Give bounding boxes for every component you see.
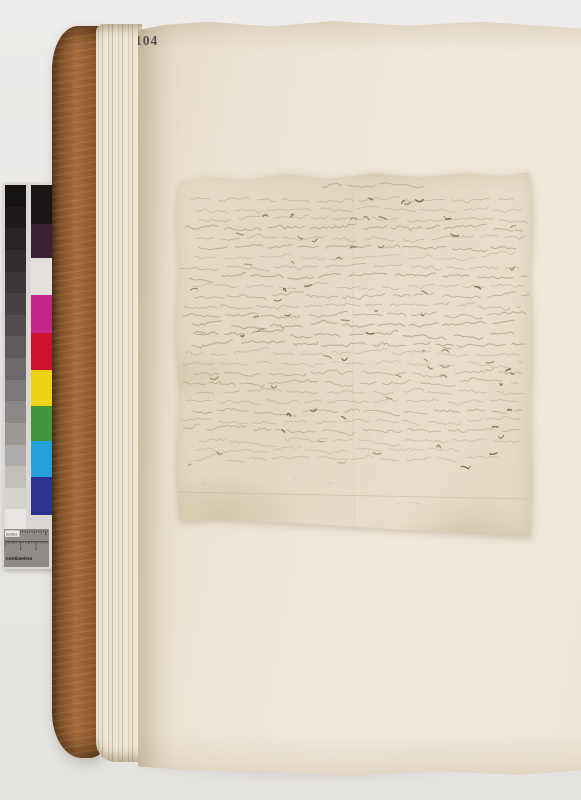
handwriting-stroke <box>364 217 369 220</box>
grayscale-strip <box>5 185 26 531</box>
color-patch-dark-maroon <box>31 224 52 258</box>
color-patch-magenta <box>31 295 52 333</box>
handwriting-stroke <box>263 215 267 216</box>
handwriting-stroke <box>421 313 424 315</box>
handwriting-stroke <box>183 378 518 387</box>
handwriting-stroke <box>341 320 349 321</box>
grayscale-step <box>5 293 26 315</box>
handwriting-stroke <box>199 438 519 447</box>
handwriting-stroke <box>298 236 302 238</box>
handwriting-stroke <box>217 452 222 454</box>
handwriting-stroke <box>282 430 285 432</box>
handwriting-stroke <box>237 233 244 235</box>
handwriting-stroke <box>416 200 424 202</box>
handwriting-stroke <box>196 446 460 453</box>
handwriting-stroke <box>510 226 516 228</box>
handwriting-stroke <box>193 320 515 329</box>
handwriting-stroke <box>402 201 405 204</box>
handwriting-stroke <box>444 217 450 219</box>
grayscale-step <box>5 272 26 294</box>
handwriting-stroke <box>369 198 372 200</box>
handwriting-stroke <box>211 377 219 380</box>
handwriting-stroke <box>187 399 518 406</box>
handwriting-stroke <box>442 350 448 352</box>
grayscale-step <box>5 207 26 229</box>
handwriting-stroke <box>190 197 514 203</box>
handwriting-stroke <box>274 300 281 301</box>
handwriting-stroke <box>195 206 522 213</box>
handwriting-stroke <box>385 397 392 399</box>
handwriting-stroke <box>443 347 451 348</box>
handwriting-stroke <box>285 485 288 486</box>
handwriting-stroke <box>396 375 401 377</box>
color-patch-yellow <box>31 370 52 406</box>
handwriting-stroke <box>180 263 519 271</box>
handwriting-stroke <box>475 287 480 289</box>
handwriting-stroke <box>190 288 197 290</box>
grayscale-step <box>5 466 26 488</box>
handwriting-stroke <box>193 408 522 416</box>
handwriting-stroke <box>254 316 259 317</box>
handwriting-stroke <box>194 329 514 340</box>
handwriting-stroke <box>405 203 411 205</box>
handwriting-stroke <box>490 453 497 454</box>
grayscale-step <box>5 336 26 358</box>
ruler-scale: Inches 1 1 2 Centimetres <box>4 529 49 567</box>
ruler-inches-label: Inches <box>6 531 18 536</box>
manuscript-document <box>172 170 534 542</box>
handwriting-stroke <box>378 246 384 248</box>
grayscale-step <box>5 488 26 510</box>
handwriting-stroke <box>183 361 524 368</box>
handwriting-stroke <box>178 492 528 499</box>
handwriting-stroke <box>199 244 516 252</box>
handwriting-stroke <box>375 311 378 312</box>
handwriting-stroke <box>324 356 331 358</box>
handwriting-stroke <box>329 483 332 484</box>
handwriting-stroke <box>510 373 514 374</box>
color-patch-navy-blue <box>31 477 52 515</box>
handwriting-stroke <box>379 217 387 219</box>
manuscript-handwriting <box>172 170 534 542</box>
ruler-centimetres-label: Centimetres <box>6 556 33 561</box>
handwriting-stroke <box>506 369 511 371</box>
handwriting-stroke <box>184 302 521 310</box>
handwriting-stroke <box>192 340 525 348</box>
photo-backdrop: 104 Inches 1 1 2 Centimetres <box>0 0 581 800</box>
handwriting-stroke <box>186 347 520 356</box>
grayscale-step <box>5 358 26 380</box>
handwriting-stroke <box>294 478 296 479</box>
grayscale-step <box>5 380 26 402</box>
page-edges-fan <box>96 24 142 762</box>
handwriting-stroke <box>195 251 514 260</box>
handwriting-stroke <box>467 466 471 468</box>
color-patch-green <box>31 406 52 441</box>
handwriting-stroke <box>196 234 525 242</box>
handwriting-stroke <box>257 329 264 331</box>
handwriting-stroke <box>183 424 519 435</box>
handwriting-stroke <box>182 416 520 425</box>
handwriting-stroke <box>337 257 342 258</box>
handwriting-stroke <box>508 410 512 411</box>
handwriting-stroke <box>193 283 523 290</box>
handwriting-stroke <box>428 366 432 368</box>
handwriting-stroke <box>204 478 206 479</box>
handwriting-stroke <box>194 368 522 377</box>
handwriting-stroke <box>499 435 504 438</box>
color-patch-white <box>31 258 52 295</box>
handwriting-stroke <box>446 219 451 220</box>
handwriting-stroke <box>353 178 355 536</box>
handwriting-stroke <box>510 267 514 270</box>
grayscale-step <box>5 250 26 272</box>
handwriting-stroke <box>351 247 356 248</box>
handwriting-stroke <box>183 311 526 318</box>
grayscale-step <box>5 445 26 467</box>
handwriting-stroke <box>350 218 357 220</box>
grayscale-step <box>5 315 26 337</box>
handwriting-stroke <box>283 289 285 292</box>
handwriting-stroke <box>441 366 449 368</box>
handwriting-stroke <box>186 224 523 232</box>
page-number: 104 <box>135 33 179 49</box>
handwriting-stroke <box>396 503 399 504</box>
handwriting-stroke <box>202 483 206 484</box>
grayscale-step <box>5 509 26 531</box>
manuscript-paper <box>172 170 534 542</box>
handwriting-stroke <box>287 413 290 415</box>
handwriting-stroke <box>198 527 200 528</box>
handwriting-stroke <box>305 285 311 287</box>
handwriting-stroke <box>451 234 459 236</box>
handwriting-stroke <box>500 383 502 385</box>
color-patch-red <box>31 333 52 370</box>
handwriting-stroke <box>271 386 276 388</box>
handwriting-stroke <box>194 291 529 299</box>
color-patch-black <box>31 185 52 224</box>
handwriting-stroke <box>342 417 346 419</box>
handwriting-stroke <box>373 453 381 454</box>
handwriting-stroke <box>424 359 427 362</box>
handwriting-stroke <box>311 410 316 411</box>
handwriting-stroke <box>329 528 331 529</box>
handwriting-stroke <box>195 454 500 462</box>
handwriting-stroke <box>285 314 291 315</box>
handwriting-stroke <box>291 214 293 216</box>
handwriting-stroke <box>190 273 527 283</box>
handwriting-stroke <box>440 375 446 377</box>
book-page: 104 <box>138 18 581 778</box>
handwriting-stroke <box>486 362 494 363</box>
handwriting-stroke <box>366 333 373 334</box>
color-patch-cyan <box>31 441 52 477</box>
handwriting-stroke <box>322 183 424 189</box>
handwriting-stroke <box>318 441 324 442</box>
grayscale-step <box>5 228 26 250</box>
handwriting-stroke <box>189 464 192 466</box>
handwriting-stroke <box>197 388 523 394</box>
handwriting-stroke <box>199 215 527 224</box>
grayscale-step <box>5 423 26 445</box>
handwriting-stroke <box>197 334 204 335</box>
handwriting-stroke <box>291 261 294 263</box>
handwriting-stroke <box>245 264 252 265</box>
grayscale-step <box>5 185 26 207</box>
handwriting-stroke <box>422 291 427 293</box>
handwriting-stroke <box>313 239 318 242</box>
color-patch-strip <box>31 185 52 515</box>
color-calibration-card: Inches 1 1 2 Centimetres <box>3 183 52 569</box>
grayscale-step <box>5 401 26 423</box>
handwriting-stroke <box>461 466 468 469</box>
handwriting-stroke <box>241 335 244 336</box>
handwriting-stroke <box>437 445 441 447</box>
handwriting-stroke <box>342 358 347 360</box>
